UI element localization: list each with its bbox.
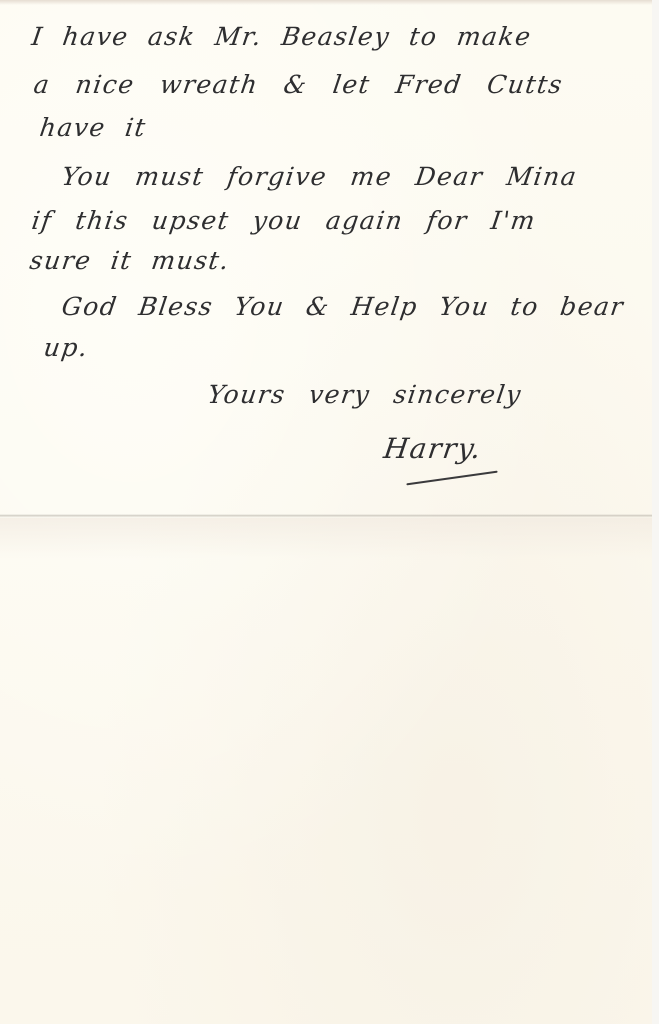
paper-top-edge	[0, 0, 652, 5]
letter-line-8: up.	[42, 333, 91, 362]
fold-shadow	[0, 518, 652, 558]
letter-line-1: I have ask Mr. Beasley to make	[30, 22, 534, 51]
letter-line-5: if this upset you again for I'm	[30, 206, 538, 235]
letter-line-6: sure it must.	[28, 246, 232, 275]
scan-background-strip	[652, 0, 659, 1024]
letter-line-2: a nice wreath & let Fred Cutts	[32, 70, 565, 99]
letter-line-3: have it	[38, 113, 148, 142]
paper-fold-line	[0, 514, 652, 518]
letter-closing: Yours very sincerely	[206, 380, 524, 409]
letter-page	[0, 0, 653, 1024]
letter-line-4: You must forgive me Dear Mina	[60, 162, 579, 191]
letter-line-7: God Bless You & Help You to bear	[60, 292, 626, 321]
letter-signature: Harry.	[382, 432, 485, 465]
